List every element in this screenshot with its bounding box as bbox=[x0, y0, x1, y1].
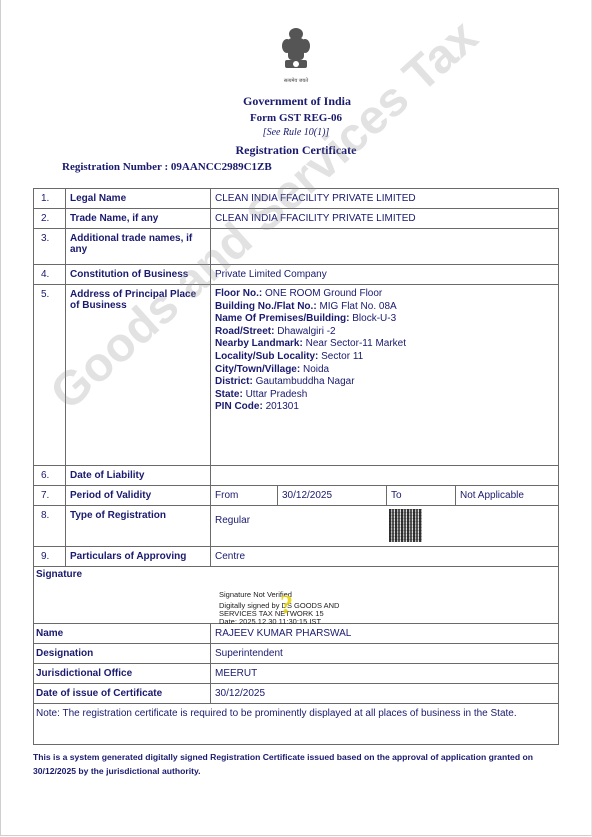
validity-from-value: 30/12/2025 bbox=[278, 486, 387, 506]
address-key: District: bbox=[215, 376, 256, 387]
address-key: Floor No.: bbox=[215, 288, 265, 299]
issue-date-value: 30/12/2025 bbox=[211, 684, 559, 704]
address-line: Floor No.: ONE ROOM Ground Floor bbox=[215, 288, 554, 301]
row-number: 1. bbox=[34, 189, 66, 209]
officer-name-value: RAJEEV KUMAR PHARSWAL bbox=[211, 624, 559, 644]
jurisdictional-office-value: MEERUT bbox=[211, 664, 559, 684]
rule-reference: [See Rule 10(1)] bbox=[0, 127, 592, 138]
form-title: Form GST REG-06 bbox=[0, 112, 592, 124]
address-key: Road/Street: bbox=[215, 326, 277, 337]
address-lines: Floor No.: ONE ROOM Ground FloorBuilding… bbox=[215, 288, 554, 414]
address-value: Sector 11 bbox=[321, 351, 363, 362]
address-key: City/Town/Village: bbox=[215, 364, 303, 375]
certificate-title: Registration Certificate bbox=[0, 143, 592, 158]
address-line: District: Gautambuddha Nagar bbox=[215, 376, 554, 389]
address-line: Nearby Landmark: Near Sector-11 Market bbox=[215, 338, 554, 351]
row-number: 4. bbox=[34, 265, 66, 285]
table-row: 2. Trade Name, if any CLEAN INDIA FFACIL… bbox=[34, 209, 559, 229]
approving-particulars-value: Centre bbox=[211, 547, 559, 567]
registration-type-value: Regular bbox=[215, 515, 250, 526]
row-number: 2. bbox=[34, 209, 66, 229]
officer-row: Date of issue of Certificate 30/12/2025 bbox=[34, 684, 559, 704]
additional-trade-names-value bbox=[211, 229, 559, 265]
officer-row: Name RAJEEV KUMAR PHARSWAL bbox=[34, 624, 559, 644]
address-value: ONE ROOM Ground Floor bbox=[265, 288, 382, 299]
officer-label: Name bbox=[34, 624, 211, 644]
table-row: 8. Type of Registration Regular bbox=[34, 506, 559, 547]
address-value: Uttar Pradesh bbox=[246, 389, 308, 400]
officer-row: Jurisdictional Office MEERUT bbox=[34, 664, 559, 684]
table-row: 3. Additional trade names, if any bbox=[34, 229, 559, 265]
row-label: Additional trade names, if any bbox=[66, 229, 211, 265]
signature-block: Signature Signature Not Verified Digital… bbox=[34, 567, 558, 623]
row-number: 8. bbox=[34, 506, 66, 547]
registration-number-value: 09AANCC2989C1ZB bbox=[171, 161, 272, 173]
address-key: Name Of Premises/Building: bbox=[215, 313, 352, 324]
table-row: 4. Constitution of Business Private Limi… bbox=[34, 265, 559, 285]
address-value: Noida bbox=[303, 364, 329, 375]
officer-label: Date of issue of Certificate bbox=[34, 684, 211, 704]
date-of-liability-value bbox=[211, 466, 559, 486]
officer-label: Designation bbox=[34, 644, 211, 664]
note-row: Note: The registration certificate is re… bbox=[34, 704, 559, 745]
row-number: 9. bbox=[34, 547, 66, 567]
address-value: Dhawalgiri -2 bbox=[277, 326, 335, 337]
address-key: Building No./Flat No.: bbox=[215, 301, 319, 312]
row-label: Date of Liability bbox=[66, 466, 211, 486]
table-row: 7. Period of Validity From 30/12/2025 To… bbox=[34, 486, 559, 506]
address-value: Near Sector-11 Market bbox=[306, 338, 406, 349]
address-value: 201301 bbox=[266, 401, 299, 412]
address-line: State: Uttar Pradesh bbox=[215, 389, 554, 402]
row-label: Constitution of Business bbox=[66, 265, 211, 285]
system-generated-note: This is a system generated digitally sig… bbox=[33, 750, 563, 778]
validity-to-label: To bbox=[387, 486, 456, 506]
registration-number: Registration Number : 09AANCC2989C1ZB bbox=[62, 161, 272, 173]
row-label: Trade Name, if any bbox=[66, 209, 211, 229]
registration-table: 1. Legal Name CLEAN INDIA FFACILITY PRIV… bbox=[33, 188, 559, 745]
constitution-value: Private Limited Company bbox=[211, 265, 559, 285]
address-line: City/Town/Village: Noida bbox=[215, 364, 554, 377]
row-number: 5. bbox=[34, 285, 66, 466]
legal-name-value: CLEAN INDIA FFACILITY PRIVATE LIMITED bbox=[211, 189, 559, 209]
row-label: Particulars of Approving bbox=[66, 547, 211, 567]
address-key: Nearby Landmark: bbox=[215, 338, 306, 349]
address-value: Gautambuddha Nagar bbox=[256, 376, 355, 387]
trade-name-value: CLEAN INDIA FFACILITY PRIVATE LIMITED bbox=[211, 209, 559, 229]
registration-number-label: Registration Number : bbox=[62, 161, 168, 173]
row-number: 3. bbox=[34, 229, 66, 265]
national-emblem-icon: सत्यमेव जयते bbox=[277, 26, 315, 86]
table-row: 1. Legal Name CLEAN INDIA FFACILITY PRIV… bbox=[34, 189, 559, 209]
row-number: 6. bbox=[34, 466, 66, 486]
address-value: Block-U-3 bbox=[352, 313, 396, 324]
registration-type-cell: Regular bbox=[211, 506, 559, 547]
address-key: PIN Code: bbox=[215, 401, 266, 412]
table-row: 6. Date of Liability bbox=[34, 466, 559, 486]
signature-unverified-icon[interactable]: ? bbox=[280, 590, 293, 620]
row-label: Type of Registration bbox=[66, 506, 211, 547]
row-label: Legal Name bbox=[66, 189, 211, 209]
row-label: Period of Validity bbox=[66, 486, 211, 506]
signature-label: Signature bbox=[36, 569, 82, 580]
address-value: Floor No.: ONE ROOM Ground FloorBuilding… bbox=[211, 285, 559, 466]
officer-row: Designation Superintendent bbox=[34, 644, 559, 664]
designation-value: Superintendent bbox=[211, 644, 559, 664]
address-key: State: bbox=[215, 389, 246, 400]
display-note: Note: The registration certificate is re… bbox=[34, 704, 559, 745]
qr-code-icon bbox=[389, 509, 422, 542]
signature-row: Signature Signature Not Verified Digital… bbox=[34, 567, 559, 624]
address-line: Name Of Premises/Building: Block-U-3 bbox=[215, 313, 554, 326]
address-line: Road/Street: Dhawalgiri -2 bbox=[215, 326, 554, 339]
address-key: Locality/Sub Locality: bbox=[215, 351, 321, 362]
row-number: 7. bbox=[34, 486, 66, 506]
svg-text:सत्यमेव जयते: सत्यमेव जयते bbox=[284, 77, 308, 84]
officer-label: Jurisdictional Office bbox=[34, 664, 211, 684]
address-line: Locality/Sub Locality: Sector 11 bbox=[215, 351, 554, 364]
address-line: Building No./Flat No.: MIG Flat No. 08A bbox=[215, 301, 554, 314]
validity-from-label: From bbox=[211, 486, 278, 506]
address-value: MIG Flat No. 08A bbox=[319, 301, 396, 312]
government-title: Government of India bbox=[1, 94, 592, 109]
row-label: Address of Principal Place of Business bbox=[66, 285, 211, 466]
table-row: 5. Address of Principal Place of Busines… bbox=[34, 285, 559, 466]
validity-to-value: Not Applicable bbox=[456, 486, 559, 506]
table-row: 9. Particulars of Approving Centre bbox=[34, 547, 559, 567]
address-line: PIN Code: 201301 bbox=[215, 401, 554, 414]
